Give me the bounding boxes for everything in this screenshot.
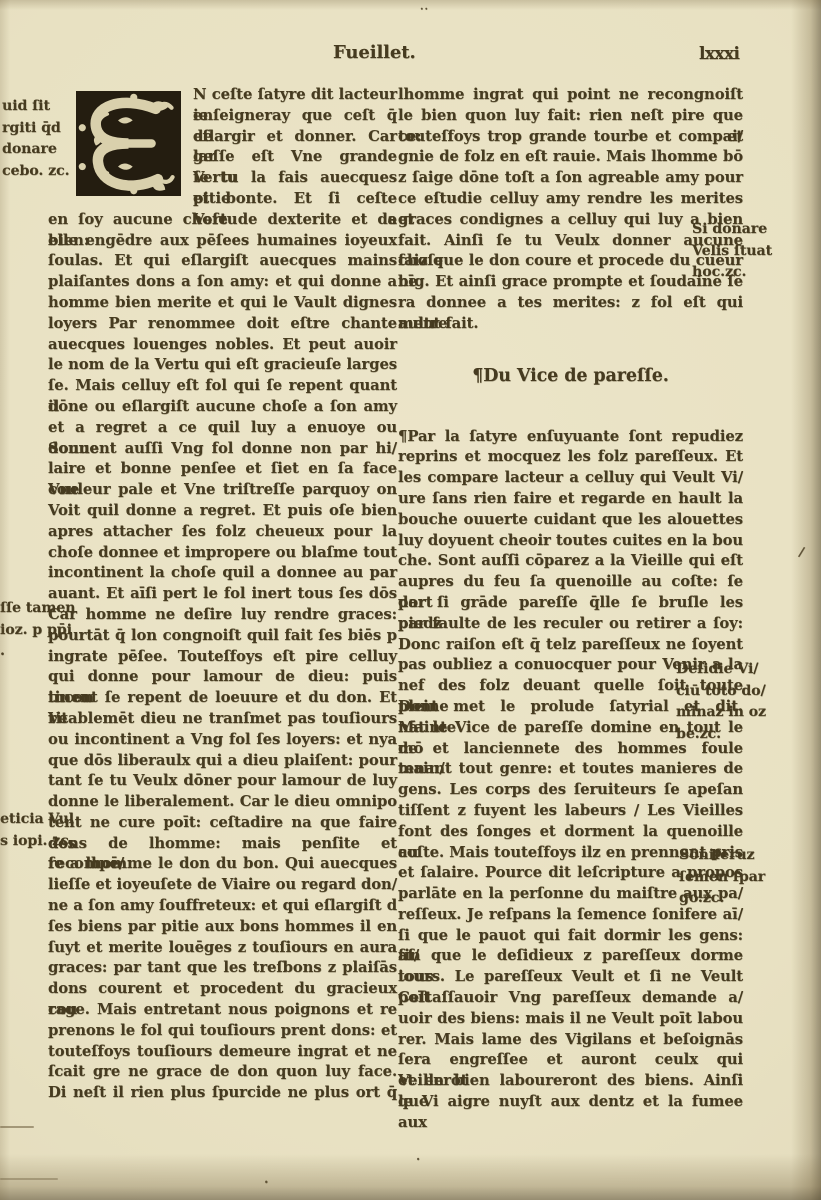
text-line: prenons le fol qui touſiours prent dons:…	[48, 1021, 397, 1042]
ink-speck: ·	[416, 1152, 420, 1166]
text-line: ſera engreſſee et auront ceulx qui Veill…	[398, 1050, 743, 1071]
text-line: touteſfoys touſiours demeure ingrat et n…	[48, 1042, 397, 1063]
text-line: apres attacher ſes folz cheueux pour la	[48, 522, 397, 543]
text-line: par faulte de les reculer ou retirer a ſ…	[398, 614, 743, 635]
ink-speck: /	[797, 545, 805, 561]
text-line: homme bien merite et qui le Vault dignes	[48, 293, 397, 314]
margin-note-line: go.zc.	[679, 888, 821, 910]
text-line: incontinent la choſe quil a donnee au pa…	[48, 563, 397, 584]
text-line: auecques louenges nobles. Et peut auoir	[48, 335, 397, 356]
left-text-column: N ceſte ſatyre dit lacteur ieenſeigneray…	[48, 85, 397, 1104]
text-line: ne a ſon amy ſouffreteux: et qui eſlargi…	[48, 896, 397, 917]
margin-note-line: Velis ſtuat	[692, 241, 820, 263]
page-edge-shadow-right	[791, 0, 821, 1200]
text-line: et bonte. Et ſi ceſte Vertu a	[193, 189, 397, 210]
margin-note-desidie: Deſidie Vi/ciū toto do/minaz in ozbe.zc.	[676, 659, 820, 745]
page-crease-line	[0, 1126, 34, 1128]
text-line: ou incontinent a Vng fol ſes loyers: et …	[48, 730, 397, 751]
decorated-initial-E	[76, 91, 181, 196]
text-line: bouche ouuerte cuidant que les alouettes	[398, 510, 743, 531]
text-line: ra donnee a tes merites: z fol eſt qui a…	[398, 293, 743, 314]
margin-note-line: .	[0, 641, 70, 663]
text-line: Car homme ne deſire luy rendre graces:	[48, 605, 397, 626]
text-line: qui donne pour lamour de dieu: puis inco…	[48, 667, 397, 688]
margin-note-line: be.zc.	[676, 724, 820, 746]
text-line: en ſoy aucune choſe de dexterite et de b…	[48, 210, 397, 231]
text-line: rage. Mais entretant nous poignons et re	[48, 1000, 397, 1021]
margin-note-left-middle: ſſe tamenioz. p pp̄i.	[0, 598, 70, 663]
text-line: rer. Mais lame des Vigilans et beſoignās	[398, 1030, 743, 1051]
text-line: elle engēdre aux pēſees humaines ioyeux	[48, 231, 397, 252]
text-line: reprins et mocquez les folz pareſſeux. E…	[398, 447, 743, 468]
text-line: ure ſans rien faire et regarde en hault …	[398, 489, 743, 510]
text-line: ſcait gre ne grace de don quon luy face.	[48, 1062, 397, 1083]
margin-note-line: ſemen ſpar	[679, 867, 821, 889]
margin-note-line: Deſidie Vi/	[676, 659, 820, 681]
text-line: laire et bonne penſee et ſiet en ſa face…	[48, 459, 397, 480]
text-line: le nom de la Vertu qui eſt gracieuſe lar…	[48, 355, 397, 376]
text-line: Voit quil donne a regret. Et puis oſe bi…	[48, 501, 397, 522]
text-line: gens. Les corps des ſeruiteurs ſe apeſan	[398, 780, 743, 801]
text-line: ſe a lhomme le don du bon. Qui auecques	[48, 854, 397, 875]
margin-note-line: donare	[2, 139, 66, 161]
text-line: tant ſe tu Veulx dōner pour lamour de lu…	[48, 771, 397, 792]
text-line: che. Sont auſſi cōparez a la Vieille qui…	[398, 551, 743, 572]
text-line: choſe donnee et impropere ou blaſme tout	[48, 543, 397, 564]
text-line: luy doyuent cheoir toutes cuites en la b…	[398, 531, 743, 552]
text-line: ſe tu la fais auecques pitie	[193, 168, 397, 189]
text-line: le Vi aigre nuyſt aux dentz et la fumee …	[398, 1092, 743, 1113]
text-line: eſlargir et donner. Car lar	[193, 127, 397, 148]
text-line: ce eſtudie celluy amy rendre les merites…	[398, 189, 743, 210]
left-column-capital-lines: N ceſte ſatyre dit lacteur ieenſeigneray…	[193, 85, 397, 210]
margin-note-line: s iopi. zc.	[0, 831, 70, 853]
page-edge-shadow-bottom	[0, 1154, 821, 1200]
text-line: graces: par tant que les treſbons z plai…	[48, 958, 397, 979]
text-line: loyers Par renommee doit eſtre chante	[48, 314, 397, 335]
page-edge-shadow-top	[0, 0, 821, 10]
text-line: et a regret a ce quil luy a enuoye ou do…	[48, 418, 397, 439]
right-column-paragraph-2: ¶Par la ſatyre enſuyuante ſont repudiezr…	[398, 427, 743, 1113]
page-crease-line	[0, 1178, 58, 1180]
text-line: tent ne cure poīt: ceſtadire na que fair…	[48, 813, 397, 834]
margin-note-left-bottom: eticia Vuls iopi. zc.	[0, 809, 70, 852]
text-line: pourtāt q̄ lon congnoiſt quil fait ſes b…	[48, 626, 397, 647]
margin-note-line: ioz. p pp̄i	[0, 620, 70, 642]
text-line: auant. Et aīſi pert le fol inert tous ſe…	[48, 584, 397, 605]
text-line: ſoulas. Et qui eſlargiſt auecques mains	[48, 251, 397, 272]
text-line: dons de lhomme: mais penſite et recompē/	[48, 834, 397, 855]
text-line: touteſfoys trop grande tourbe et compai/	[398, 127, 743, 148]
margin-note-line: Si donare	[692, 219, 820, 241]
text-line: ſuyt et merite louēges z touſiours en au…	[48, 938, 397, 959]
folio-number: lxxxi	[699, 44, 739, 64]
text-line: tiſſent z fuyent les labeurs / Les Vieil…	[398, 801, 743, 822]
margin-note-somniferum: Sōniferuzſemen ſpargo.zc.	[679, 845, 821, 910]
text-line: geſſe eſt Vne grande Vertu	[193, 147, 397, 168]
text-line: lieſſe et ioyeuſete de Viaire ou regard …	[48, 875, 397, 896]
text-line: Donc raiſon eſt q̄ telz pareſſeux ne ſoy…	[398, 635, 743, 656]
margin-note-line: ciū toto do/	[676, 681, 820, 703]
text-line: que dōs liberaulx qui a dieu plaiſent: p…	[48, 751, 397, 772]
text-line: tinent ſe repent de loeuure et du don. E…	[48, 688, 397, 709]
margin-note-line: Sōniferuz	[679, 845, 821, 867]
margin-note-line: uid ſit	[2, 96, 66, 118]
text-line: Ceſtaſſauoir Vng pareſſeux demande a/	[398, 988, 743, 1009]
text-line: fin que le deſidieux z pareſſeux dorme t…	[398, 946, 743, 967]
text-line: les compare lacteur a celluy qui Veult V…	[398, 468, 743, 489]
text-line: dōne ou eſlargiſt aucune choſe a ſon amy	[48, 397, 397, 418]
text-line: et en bien laboureront des biens. Ainſi …	[398, 1071, 743, 1092]
text-line: Di neſt il rien plus ſpurcide ne plus or…	[48, 1083, 397, 1104]
text-line: tenant tout genre: et toutes manieres de	[398, 759, 743, 780]
text-line: ritablemēt dieu ne tranſmet pas touſiour…	[48, 709, 397, 730]
running-header-title: Fueillet.	[333, 42, 416, 63]
text-line: uoir des biens: mais il ne Veult poīt la…	[398, 1009, 743, 1030]
woodcut-initial-icon	[76, 91, 181, 196]
text-line: Souuent auſſi Vng fol donne non par hi/	[48, 439, 397, 460]
left-column-body-lines: en ſoy aucune choſe de dexterite et de b…	[48, 210, 397, 1104]
text-line: enſeigneray que ceſt q̄ de	[193, 106, 397, 127]
text-line: ¶Par la ſatyre enſuyuante ſont repudiez	[398, 427, 743, 448]
text-line: N ceſte ſatyre dit lacteur ie	[193, 85, 397, 106]
text-line: le bien quon luy fait: rien neſt pire qu…	[398, 106, 743, 127]
text-line: gnie de folz en eſt rauie. Mais lhomme b…	[398, 147, 743, 168]
text-line: ſi que le pauot qui fait dormir les gens…	[398, 926, 743, 947]
section-heading-du-vice-de-paresse: ¶Du Vice de pareſſe.	[398, 365, 743, 387]
text-line: z ſaige dōne toſt a ſon agreable amy pou…	[398, 168, 743, 189]
margin-note-line: cebo. zc.	[2, 161, 66, 183]
margin-note-left-top: uid ſitrgiti q̄ddonarecebo. zc.	[2, 96, 66, 182]
ink-speck: .	[264, 1172, 268, 1187]
text-line: ſes biens par pitie aux bons hommes il e…	[48, 917, 397, 938]
text-line: aupres du feu ſa quenoille au coſte: ſe …	[398, 572, 743, 593]
text-line: ingrate pēſee. Touteſfoys eſt pire cellu…	[48, 647, 397, 668]
text-line: font des ſonges et dorment la quenoille …	[398, 822, 743, 843]
text-line: donne le liberalement. Car le dieu omnip…	[48, 792, 397, 813]
text-line: couleur pale et Vne triſtreſſe parquoy o…	[48, 480, 397, 501]
margin-note-si-donare: Si donareVelis ſtuathoc.zc.	[692, 219, 820, 284]
text-line: dons courent et procedent du gracieux co…	[48, 979, 397, 1000]
book-page: Fueillet. lxxxi	[0, 0, 821, 1200]
margin-note-line: eticia Vul	[0, 809, 70, 831]
text-line: par ſi grāde pareſſe q̄lle ſe bruſle les…	[398, 593, 743, 614]
ink-speck: ··	[420, 4, 429, 15]
paragraph-last-line: ment fait.	[398, 314, 743, 335]
text-line: plaiſantes dons a ſon amy: et qui donne …	[48, 272, 397, 293]
margin-note-line: hoc.zc.	[692, 262, 820, 284]
margin-note-line: ſſe tamen	[0, 598, 70, 620]
margin-note-line: rgiti q̄d	[2, 118, 66, 140]
text-line: iours. Le pareſſeux Veult et ſi ne Veult…	[398, 967, 743, 988]
margin-note-line: minaz in oz	[676, 702, 820, 724]
text-line: lhomme ingrat qui point ne recongnoiſt	[398, 85, 743, 106]
text-line: ſe. Mais celluy eſt fol qui ſe repent qu…	[48, 376, 397, 397]
